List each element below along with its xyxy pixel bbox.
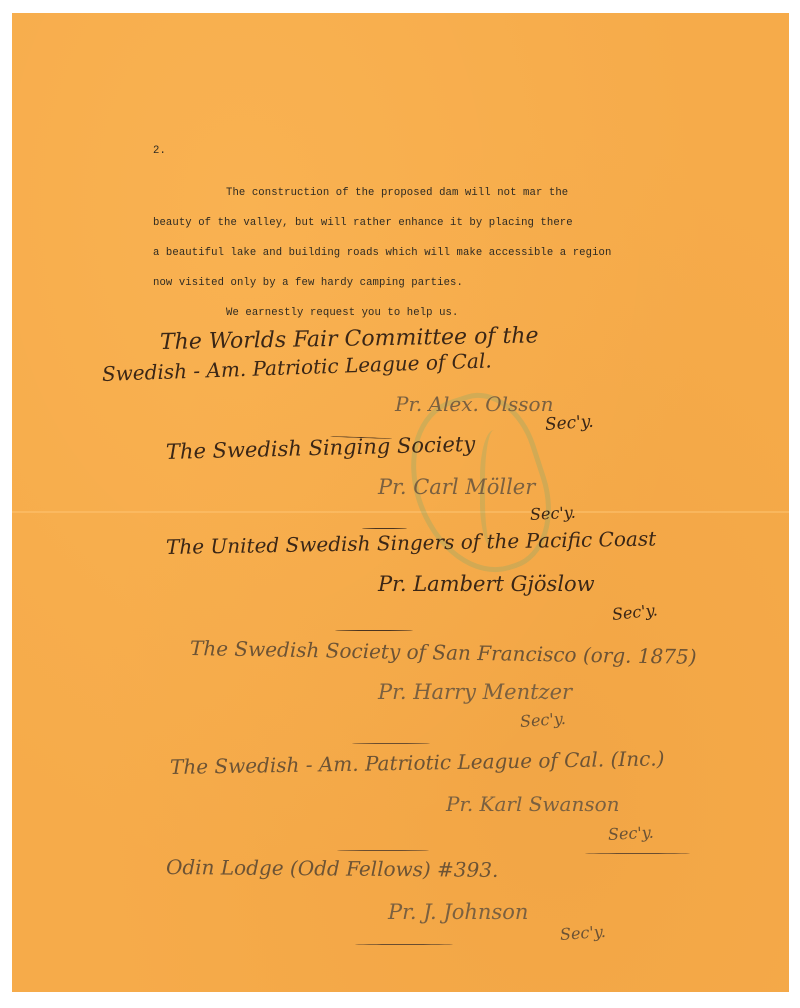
signatory-2-title: Sec'y. — [530, 503, 577, 524]
divider-stroke — [355, 944, 453, 945]
signatory-6-organization: Odin Lodge (Odd Fellows) #393. — [166, 855, 499, 882]
signatory-6-title: Sec'y. — [559, 922, 606, 944]
divider-stroke — [335, 630, 413, 631]
divider-stroke — [352, 743, 430, 744]
typed-line-3: a beautiful lake and building roads whic… — [153, 247, 611, 259]
typed-line-1: The construction of the proposed dam wil… — [226, 187, 568, 199]
signatory-3-signer: Pr. Lambert Gjöslow — [378, 572, 595, 596]
paper-fold-line — [12, 511, 789, 513]
divider-stroke — [337, 850, 429, 851]
signatory-2-signer: Pr. Carl Möller — [378, 475, 535, 499]
divider-stroke — [585, 853, 690, 854]
signatory-1-signer: Pr. Alex. Olsson — [395, 392, 553, 416]
typed-line-4: now visited only by a few hardy camping … — [153, 277, 463, 289]
page-number: 2. — [153, 145, 166, 157]
typed-line-2: beauty of the valley, but will rather en… — [153, 217, 573, 229]
signatory-4-signer: Pr. Harry Mentzer — [378, 680, 572, 704]
signatory-5-signer: Pr. Karl Swanson — [446, 792, 620, 816]
typed-closing-line: We earnestly request you to help us. — [226, 307, 458, 319]
signatory-6-signer: Pr. J. Johnson — [388, 900, 528, 924]
signatory-4-title: Sec'y. — [519, 709, 566, 731]
letter-paper — [12, 13, 789, 992]
divider-stroke — [362, 528, 407, 529]
signatory-1-title: Sec'y. — [544, 412, 594, 435]
signatory-5-title: Sec'y. — [608, 823, 655, 844]
